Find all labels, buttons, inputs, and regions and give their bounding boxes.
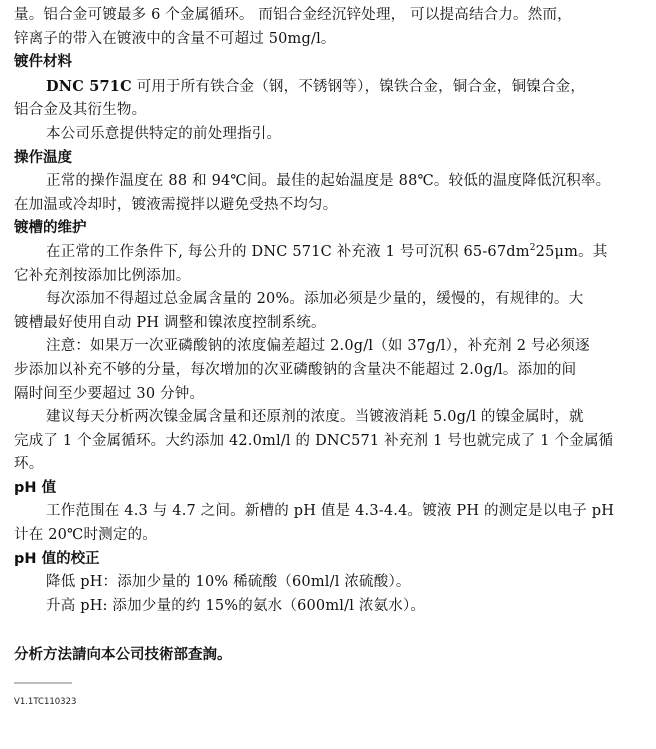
- maintenance-p3-line-3: 隔时间至少要超过 30 分钟。: [14, 383, 614, 407]
- version-label: V1.1TC110323: [14, 696, 76, 708]
- section-heading-maintenance: 镀槽的维护: [14, 217, 614, 241]
- substrates-line-2: 铝合金及其衍生物。: [14, 99, 614, 123]
- maintenance-p1-text-b: 25μm。其: [536, 244, 608, 260]
- closing-note: 分析方法請向本公司技術部查詢。: [14, 644, 232, 666]
- substrates-line-1: DNC 571C 可用于所有铁合金（钢，不锈钢等），镍铁合金，铜合金，铜镍合金，: [14, 75, 614, 100]
- section-heading-substrates: 镀件材料: [14, 51, 614, 75]
- ph-line-1: 工作范围在 4.3 与 4.7 之间。新槽的 pH 值是 4.3-4.4。镀液 …: [14, 500, 614, 524]
- ph-lower-instruction: 降低 pH：添加少量的 10% 稀硫酸（60ml/l 浓硫酸）。: [14, 571, 614, 595]
- maintenance-p4-line-2: 完成了 1 个金属循环。大约添加 42.0ml/l 的 DNC571 补充剂 1…: [14, 430, 614, 454]
- ph-line-2: 计在 20℃时测定的。: [14, 524, 614, 548]
- temperature-line-1: 正常的操作温度在 88 和 94℃间。最佳的起始温度是 88℃。较低的温度降低沉…: [14, 170, 614, 194]
- substrates-line-3: 本公司乐意提供特定的前处理指引。: [14, 123, 614, 147]
- maintenance-p1-line-2: 它补充剂按添加比例添加。: [14, 265, 614, 289]
- maintenance-p2-line-1: 每次添加不得超过总金属含量的 20%。添加必须是少量的，缓慢的，有规律的。大: [14, 288, 614, 312]
- temperature-line-2: 在加温或冷却时，镀液需搅拌以避免受热不均匀。: [14, 194, 614, 218]
- substrates-line-1-text: 可用于所有铁合金（钢，不锈钢等），镍铁合金，铜合金，铜镍合金，: [132, 79, 585, 95]
- ph-raise-instruction: 升高 pH: 添加少量的约 15%的氨水（600ml/l 浓氨水）。: [14, 595, 614, 619]
- intro-line-2: 锌离子的带入在镀液中的含量不可超过 50mg/l。: [14, 28, 614, 52]
- intro-line-1: 量。铝合金可镀最多 6 个金属循环。 而铝合金经沉锌处理， 可以提高结合力。然而…: [14, 4, 614, 28]
- maintenance-p4-line-3: 环。: [14, 453, 614, 477]
- maintenance-p1-text-a: 在正常的工作条件下, 每公升的 DNC 571C 补充液 1 号可沉积 65-6…: [46, 244, 530, 260]
- maintenance-p3-line-1: 注意：如果万一次亚磷酸钠的浓度偏差超过 2.0g/l（如 37g/l），补充剂 …: [14, 335, 614, 359]
- document-body: 量。铝合金可镀最多 6 个金属循环。 而铝合金经沉锌处理， 可以提高结合力。然而…: [14, 4, 614, 618]
- maintenance-p2-line-2: 镀槽最好使用自动 PH 调整和镍浓度控制系统。: [14, 312, 614, 336]
- maintenance-p4-line-1: 建议每天分析两次镍金属含量和还原剂的浓度。当镀液消耗 5.0g/l 的镍金属时，…: [14, 406, 614, 430]
- section-heading-ph-correction: pH 值的校正: [14, 548, 614, 572]
- section-heading-temperature: 操作温度: [14, 147, 614, 171]
- section-heading-ph: pH 值: [14, 477, 614, 501]
- footer-divider: [14, 682, 72, 684]
- maintenance-p3-line-2: 步添加以补充不够的分量，每次增加的次亚磷酸钠的含量决不能超过 2.0g/l。添加…: [14, 359, 614, 383]
- product-name: DNC 571C: [46, 78, 132, 95]
- maintenance-p1-line-1: 在正常的工作条件下, 每公升的 DNC 571C 补充液 1 号可沉积 65-6…: [14, 241, 614, 265]
